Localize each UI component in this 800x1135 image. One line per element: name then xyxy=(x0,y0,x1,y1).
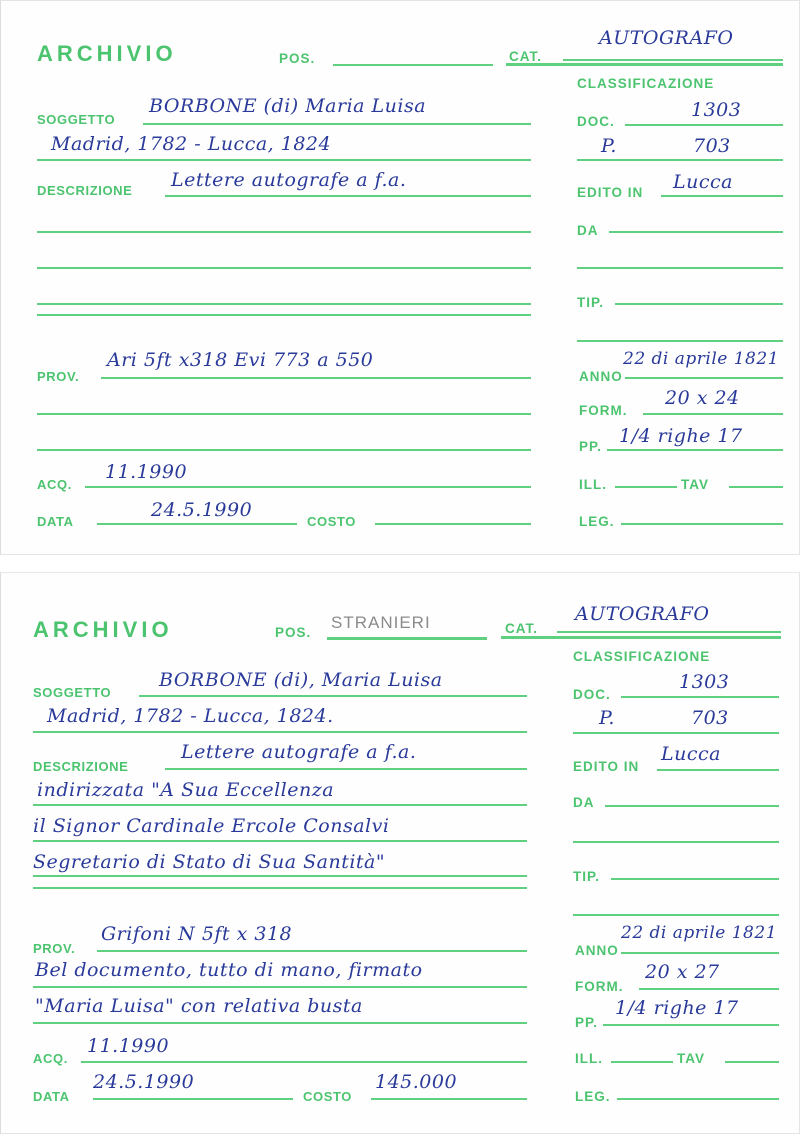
prov-value-line-1: Grifoni N 5ft x 318 xyxy=(101,923,292,945)
tav-label: TAV xyxy=(681,477,709,492)
soggetto-rule-2 xyxy=(37,159,531,161)
pp-rule xyxy=(607,449,783,451)
costo-rule xyxy=(375,523,531,525)
pp-label: PP. xyxy=(575,1015,598,1030)
edito-in-value: Lucca xyxy=(673,171,733,193)
descrizione-rule-5 xyxy=(33,887,527,889)
tip-rule-2 xyxy=(573,914,779,916)
acq-rule xyxy=(81,1061,527,1063)
data-label: DATA xyxy=(37,514,74,529)
classificazione-label: CLASSIFICAZIONE xyxy=(573,649,710,664)
da-rule xyxy=(605,805,779,807)
tip-label: TIP. xyxy=(577,295,604,310)
costo-label: COSTO xyxy=(307,514,356,529)
doc-rule xyxy=(625,124,783,126)
descrizione-label: DESCRIZIONE xyxy=(33,759,128,774)
descrizione-rule-4 xyxy=(33,875,527,877)
cat-rule xyxy=(557,631,781,633)
data-rule xyxy=(97,523,297,525)
prov-rule-2 xyxy=(37,413,531,415)
pp-value: 1/4 righe 17 xyxy=(615,997,739,1019)
prov-rule-3 xyxy=(33,1022,527,1024)
doc-value: 1303 xyxy=(691,99,741,121)
edito-in-rule xyxy=(657,769,779,771)
cat-value: AUTOGRAFO xyxy=(575,603,709,625)
da-rule xyxy=(609,231,783,233)
doc-rule xyxy=(621,696,779,698)
prov-rule xyxy=(101,377,531,379)
p-label-value: P. xyxy=(599,707,615,729)
p-value: 703 xyxy=(691,707,729,729)
data-label: DATA xyxy=(33,1089,70,1104)
acq-value: 11.1990 xyxy=(105,461,187,483)
leg-label: LEG. xyxy=(575,1089,611,1104)
prov-rule-2 xyxy=(33,986,527,988)
acq-label: ACQ. xyxy=(37,477,72,492)
descrizione-rule-3 xyxy=(33,840,527,842)
cat-label: CAT. xyxy=(509,49,542,64)
soggetto-rule xyxy=(143,123,531,125)
doc-value: 1303 xyxy=(679,671,729,693)
tip-rule xyxy=(611,878,779,880)
data-value: 24.5.1990 xyxy=(93,1071,194,1093)
acq-label: ACQ. xyxy=(33,1051,68,1066)
tav-rule xyxy=(725,1061,779,1063)
doc-rule-2 xyxy=(577,159,783,161)
tav-label: TAV xyxy=(677,1051,705,1066)
prov-rule xyxy=(97,950,527,952)
descrizione-rule xyxy=(165,768,527,770)
data-value: 24.5.1990 xyxy=(151,499,252,521)
descrizione-label: DESCRIZIONE xyxy=(37,183,132,198)
archive-card-2: ARCHIVIO POS. STRANIERI CAT. AUTOGRAFO C… xyxy=(0,572,800,1134)
soggetto-value-line-1: BORBONE (di), Maria Luisa xyxy=(159,669,443,691)
doc-label: DOC. xyxy=(577,114,615,129)
doc-rule-2 xyxy=(573,732,779,734)
archive-card-1: ARCHIVIO POS. CAT. AUTOGRAFO CLASSIFICAZ… xyxy=(0,0,800,555)
tip-rule xyxy=(615,303,783,305)
prov-label: PROV. xyxy=(37,369,79,384)
soggetto-label: SOGGETTO xyxy=(37,112,115,127)
descrizione-rule-3 xyxy=(37,267,531,269)
cat-double-rule xyxy=(506,63,783,66)
pos-rule xyxy=(327,637,487,640)
tav-rule xyxy=(729,486,783,488)
ill-rule xyxy=(615,486,677,488)
tip-rule-2 xyxy=(577,340,783,342)
costo-value: 145.000 xyxy=(375,1071,457,1093)
acq-rule xyxy=(85,486,531,488)
soggetto-value-line-2: Madrid, 1782 - Lucca, 1824. xyxy=(47,705,334,727)
anno-label: ANNO xyxy=(575,943,619,958)
cat-double-rule xyxy=(501,636,781,639)
ill-label: ILL. xyxy=(575,1051,603,1066)
anno-value: 22 di aprile 1821 xyxy=(621,923,777,943)
descrizione-rule-2 xyxy=(37,231,531,233)
leg-rule xyxy=(621,523,783,525)
descrizione-value-line-1: Lettere autografe a f.a. xyxy=(181,741,416,763)
tip-label: TIP. xyxy=(573,869,600,884)
form-rule xyxy=(639,988,779,990)
doc-label: DOC. xyxy=(573,687,611,702)
descrizione-value-line-2: indirizzata "A Sua Eccellenza xyxy=(37,779,334,801)
soggetto-value-line-1: BORBONE (di) Maria Luisa xyxy=(149,95,426,117)
pp-value: 1/4 righe 17 xyxy=(619,425,743,447)
prov-value-line-3: "Maria Luisa" con relativa busta xyxy=(35,995,363,1017)
prov-value-line-2: Bel documento, tutto di mano, firmato xyxy=(35,959,423,981)
leg-label: LEG. xyxy=(579,514,615,529)
cat-label: CAT. xyxy=(505,621,538,636)
descrizione-rule-4 xyxy=(37,303,531,305)
p-value: 703 xyxy=(693,135,731,157)
pos-value: STRANIERI xyxy=(331,613,431,633)
da-rule-2 xyxy=(573,841,779,843)
descrizione-value-line-1: Lettere autografe a f.a. xyxy=(171,169,406,191)
form-value: 20 x 24 xyxy=(665,387,740,409)
edito-in-value: Lucca xyxy=(661,743,721,765)
acq-value: 11.1990 xyxy=(87,1035,169,1057)
anno-rule xyxy=(621,952,779,954)
descrizione-rule-2 xyxy=(33,804,527,806)
pos-rule xyxy=(333,64,493,66)
da-label: DA xyxy=(577,223,599,238)
prov-rule-3 xyxy=(37,449,531,451)
anno-rule xyxy=(625,377,783,379)
soggetto-value-line-2: Madrid, 1782 - Lucca, 1824 xyxy=(51,133,331,155)
archive-title: ARCHIVIO xyxy=(33,617,173,643)
soggetto-rule xyxy=(139,695,527,697)
descrizione-value-line-4: Segretario di Stato di Sua Santità" xyxy=(33,851,385,873)
pp-label: PP. xyxy=(579,439,602,454)
prov-value-line-1: Ari 5ft x318 Evi 773 a 550 xyxy=(107,349,373,371)
descrizione-rule-5 xyxy=(37,314,531,316)
edito-in-label: EDITO IN xyxy=(573,759,639,774)
form-label: FORM. xyxy=(575,979,624,994)
prov-label: PROV. xyxy=(33,941,75,956)
descrizione-value-line-3: il Signor Cardinale Ercole Consalvi xyxy=(33,815,389,837)
descrizione-rule xyxy=(165,195,531,197)
form-label: FORM. xyxy=(579,403,628,418)
pos-label: POS. xyxy=(275,625,311,640)
soggetto-rule-2 xyxy=(33,731,527,733)
edito-in-rule xyxy=(661,195,783,197)
form-value: 20 x 27 xyxy=(645,961,720,983)
da-rule-2 xyxy=(577,267,783,269)
data-rule xyxy=(93,1098,293,1100)
pos-label: POS. xyxy=(279,51,315,66)
ill-label: ILL. xyxy=(579,477,607,492)
da-label: DA xyxy=(573,795,595,810)
archive-title: ARCHIVIO xyxy=(37,41,177,67)
classificazione-label: CLASSIFICAZIONE xyxy=(577,76,714,91)
form-rule xyxy=(643,413,783,415)
ill-rule xyxy=(611,1061,673,1063)
cat-value: AUTOGRAFO xyxy=(599,27,733,49)
soggetto-label: SOGGETTO xyxy=(33,685,111,700)
edito-in-label: EDITO IN xyxy=(577,185,643,200)
anno-value: 22 di aprile 1821 xyxy=(623,349,779,369)
costo-label: COSTO xyxy=(303,1089,352,1104)
p-label-value: P. xyxy=(601,135,617,157)
leg-rule xyxy=(617,1098,779,1100)
cat-rule xyxy=(563,59,783,61)
anno-label: ANNO xyxy=(579,369,623,384)
costo-rule xyxy=(371,1098,527,1100)
pp-rule xyxy=(603,1024,779,1026)
